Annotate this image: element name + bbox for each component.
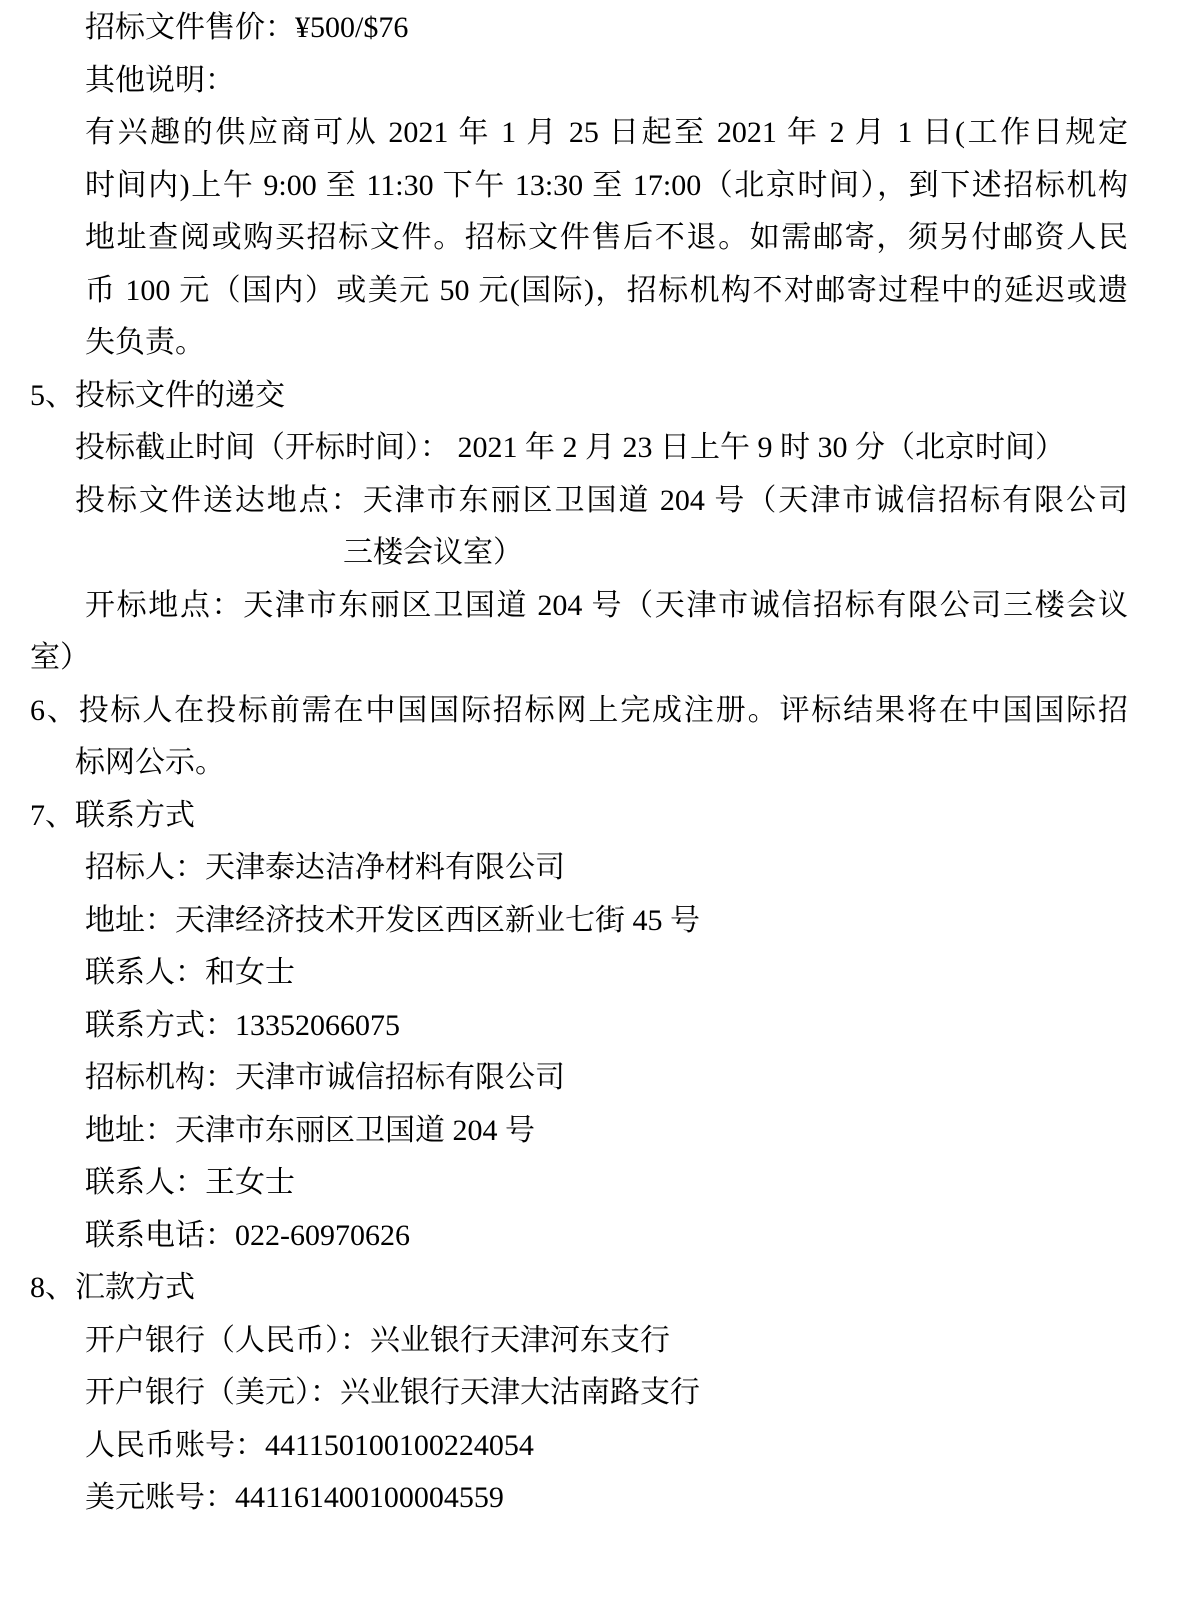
tenderee-address-line: 地址：天津经济技术开发区西区新业七街 45 号 xyxy=(0,895,1200,948)
bid-opening-line: 开标地点：天津市东丽区卫国道 204 号（天津市诚信招标有限公司三楼会议 xyxy=(0,580,1200,633)
section-6-registration-line: 6、投标人在投标前需在中国国际招标网上完成注册。评标结果将在中国国际招 xyxy=(0,685,1200,738)
doc-price-line: 招标文件售价：¥500/$76 xyxy=(0,2,1200,55)
agency-line: 招标机构：天津市诚信招标有限公司 xyxy=(0,1052,1200,1105)
tenderee-line: 招标人：天津泰达洁净材料有限公司 xyxy=(0,842,1200,895)
purchase-note-line: 失负责。 xyxy=(0,317,1200,370)
section-5-heading: 5、投标文件的递交 xyxy=(0,370,1200,423)
purchase-note-line: 币 100 元（国内）或美元 50 元(国际)，招标机构不对邮寄过程中的延迟或遗 xyxy=(0,265,1200,318)
agency-contact-line: 联系人：王女士 xyxy=(0,1157,1200,1210)
bid-opening-line: 室） xyxy=(0,632,1200,685)
purchase-note-line: 地址查阅或购买招标文件。招标文件售后不退。如需邮寄，须另付邮资人民 xyxy=(0,212,1200,265)
tenderee-phone-line: 联系方式：13352066075 xyxy=(0,1000,1200,1053)
bid-delivery-line: 投标文件送达地点：天津市东丽区卫国道 204 号（天津市诚信招标有限公司 xyxy=(0,475,1200,528)
bid-deadline-line: 投标截止时间（开标时间）： 2021 年 2 月 23 日上午 9 时 30 分… xyxy=(0,422,1200,475)
account-usd-line: 美元账号：441161400100004559 xyxy=(0,1472,1200,1525)
bank-usd-line: 开户银行（美元）：兴业银行天津大沽南路支行 xyxy=(0,1367,1200,1420)
account-rmb-line: 人民币账号：441150100100224054 xyxy=(0,1420,1200,1473)
agency-phone-line: 联系电话：022-60970626 xyxy=(0,1210,1200,1263)
agency-address-line: 地址：天津市东丽区卫国道 204 号 xyxy=(0,1105,1200,1158)
section-8-heading: 8、汇款方式 xyxy=(0,1262,1200,1315)
bid-delivery-line: 三楼会议室） xyxy=(0,527,1200,580)
purchase-note-line: 有兴趣的供应商可从 2021 年 1 月 25 日起至 2021 年 2 月 1… xyxy=(0,107,1200,160)
other-notes-label: 其他说明： xyxy=(0,55,1200,108)
tender-notice-page: 招标文件售价：¥500/$76 其他说明： 有兴趣的供应商可从 2021 年 1… xyxy=(0,0,1200,1525)
section-6-registration-line: 标网公示。 xyxy=(0,737,1200,790)
purchase-note-line: 时间内)上午 9:00 至 11:30 下午 13:30 至 17:00（北京时… xyxy=(0,160,1200,213)
bank-rmb-line: 开户银行（人民币）：兴业银行天津河东支行 xyxy=(0,1315,1200,1368)
section-7-heading: 7、联系方式 xyxy=(0,790,1200,843)
tenderee-contact-line: 联系人：和女士 xyxy=(0,947,1200,1000)
